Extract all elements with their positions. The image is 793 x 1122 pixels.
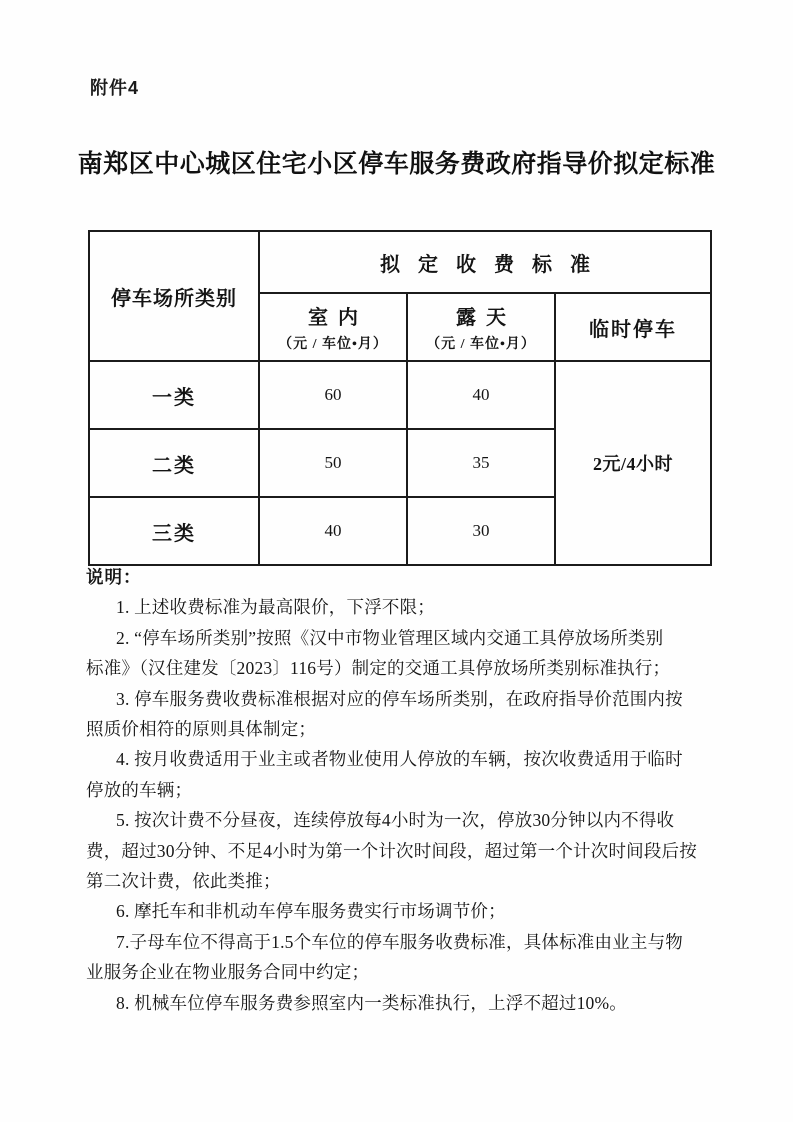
category-cell: 二类 [89,429,259,497]
table-row-class-1: 一类 60 40 2元/4小时 [89,361,711,429]
page-title: 南郑区中心城区住宅小区停车服务费政府指导价拟定标准 [0,144,793,180]
notes-heading: 说明： [86,562,726,592]
attachment-label: 附件4 [90,74,139,100]
col-header-proposed-standard: 拟定收费标准 [259,231,711,293]
note-line-7-cont: 业服务企业在物业服务合同中约定； [86,957,726,987]
note-line-3: 3. 停车服务费收费标准根据对应的停车场所类别，在政府指导价范围内按 [86,684,726,714]
col-header-temporary-parking: 临时停车 [555,293,711,361]
category-cell: 三类 [89,497,259,565]
outdoor-header-unit: （元 / 车位•月） [408,333,554,353]
indoor-header-unit: （元 / 车位•月） [260,333,406,353]
note-line-4-cont: 停放的车辆； [86,775,726,805]
indoor-fee-cell: 40 [259,497,407,565]
outdoor-fee-cell: 35 [407,429,555,497]
fee-table: 停车场所类别 拟定收费标准 室内 （元 / 车位•月） 露天 （元 / 车位•月… [88,230,712,566]
note-line-6: 6. 摩托车和非机动车停车服务费实行市场调节价； [86,896,726,926]
outdoor-fee-cell: 30 [407,497,555,565]
category-cell: 一类 [89,361,259,429]
col-header-indoor: 室内 （元 / 车位•月） [259,293,407,361]
indoor-header-label: 室内 [260,301,406,330]
note-line-8: 8. 机械车位停车服务费参照室内一类标准执行，上浮不超过10%。 [86,988,726,1018]
note-line-7: 7.子母车位不得高于1.5个车位的停车服务收费标准，具体标准由业主与物 [86,927,726,957]
note-line-3-cont: 照质价相符的原则具体制定； [86,714,726,744]
note-line-5-cont-2: 第二次计费，依此类推； [86,866,726,896]
note-line-1: 1. 上述收费标准为最高限价，下浮不限； [86,592,726,622]
note-line-5: 5. 按次计费不分昼夜，连续停放每4小时为一次，停放30分钟以内不得收 [86,805,726,835]
note-line-5-cont-1: 费，超过30分钟、不足4小时为第一个计次时间段，超过第一个计次时间段后按 [86,836,726,866]
col-header-parking-category: 停车场所类别 [89,231,259,361]
table-header-row-1: 停车场所类别 拟定收费标准 [89,231,711,293]
scanned-document-page: 附件4 南郑区中心城区住宅小区停车服务费政府指导价拟定标准 停车场所类别 拟定收… [0,0,793,1122]
notes-section: 说明： 1. 上述收费标准为最高限价，下浮不限； 2. “停车场所类别”按照《汉… [86,562,726,1018]
temporary-fee-cell: 2元/4小时 [555,361,711,565]
indoor-fee-cell: 60 [259,361,407,429]
outdoor-header-label: 露天 [408,301,554,330]
note-line-2: 2. “停车场所类别”按照《汉中市物业管理区域内交通工具停放场所类别 [86,623,726,653]
outdoor-fee-cell: 40 [407,361,555,429]
note-line-4: 4. 按月收费适用于业主或者物业使用人停放的车辆，按次收费适用于临时 [86,744,726,774]
col-header-outdoor: 露天 （元 / 车位•月） [407,293,555,361]
indoor-fee-cell: 50 [259,429,407,497]
note-line-2-cont: 标准》（汉住建发〔2023〕116号）制定的交通工具停放场所类别标准执行； [86,653,726,683]
